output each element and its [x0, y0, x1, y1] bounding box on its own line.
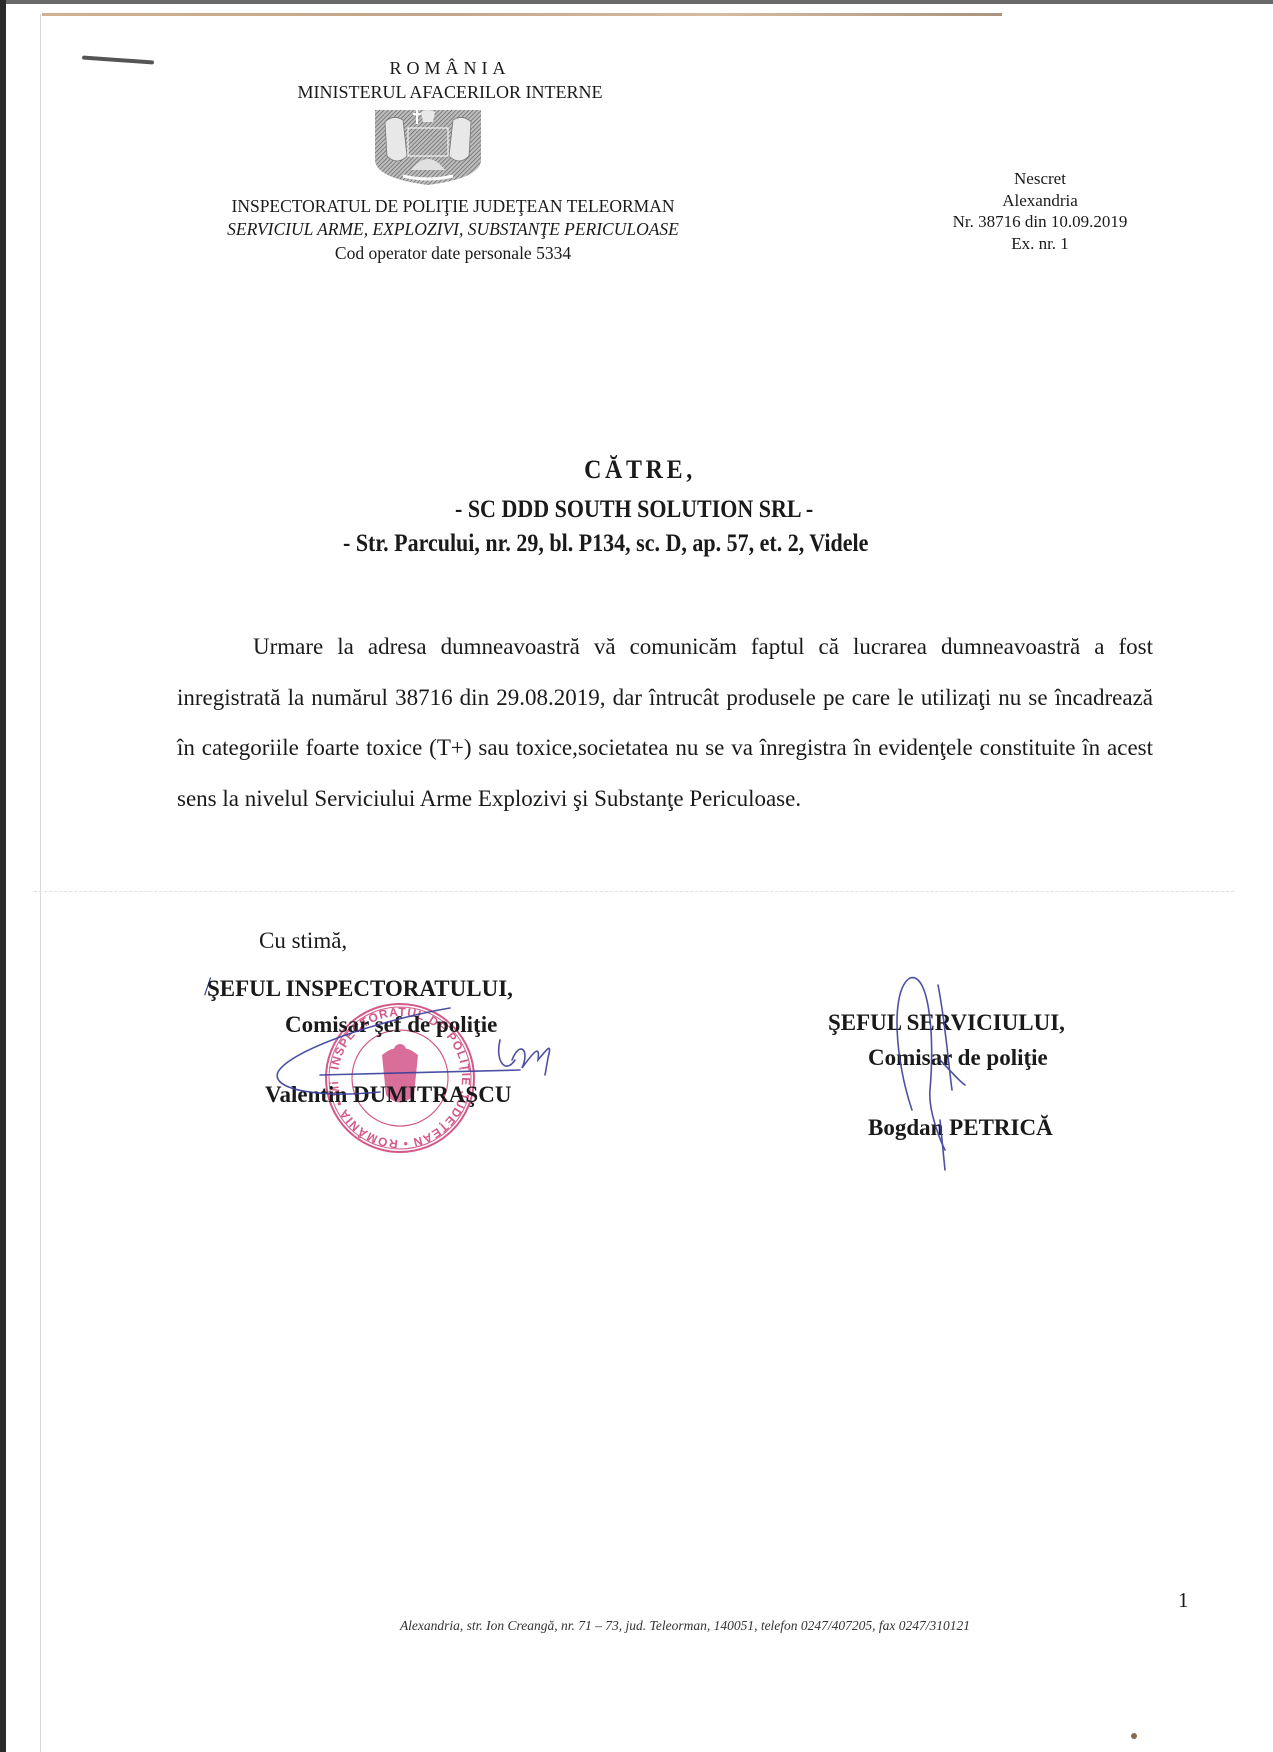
- document-meta: Nescret Alexandria Nr. 38716 din 10.09.2…: [920, 168, 1160, 254]
- page-border: [40, 14, 41, 1752]
- registration-number: Nr. 38716 din 10.09.2019: [920, 211, 1160, 233]
- scan-edge-top: [0, 0, 1273, 4]
- footer-address: Alexandria, str. Ion Creangă, nr. 71 – 7…: [305, 1618, 1065, 1634]
- signatory-1-title: ŞEFUL INSPECTORATULUI,: [207, 976, 513, 1002]
- addressee-company: - SC DDD SOUTH SOLUTION SRL -: [455, 496, 813, 524]
- header-inspectorate: INSPECTORATUL DE POLIŢIE JUDEŢEAN TELEOR…: [170, 196, 736, 217]
- romanian-coat-of-arms-icon: [373, 108, 483, 186]
- scan-speck: [1131, 1733, 1137, 1739]
- fold-line: [34, 891, 1234, 893]
- header-country: ROMÂNIA: [250, 58, 650, 79]
- signatory-1-name: Valentin DUMITRAŞCU: [265, 1082, 511, 1108]
- closing-salutation: Cu stimă,: [259, 928, 347, 954]
- header-ministry: MINISTERUL AFACERILOR INTERNE: [210, 82, 690, 103]
- page-number: 1: [1178, 1588, 1189, 1613]
- signatory-1-rank: Comisar şef de poliţie: [285, 1012, 497, 1038]
- classification: Nescret: [920, 168, 1160, 190]
- signatory-2-title: ŞEFUL SERVICIULUI,: [828, 1010, 1065, 1036]
- issue-city: Alexandria: [920, 190, 1160, 212]
- addressee-salutation: CĂTRE,: [419, 455, 861, 485]
- header-service: SERVICIUL ARME, EXPLOZIVI, SUBSTANŢE PER…: [170, 219, 736, 240]
- scan-edge-left: [0, 0, 6, 1752]
- page-top-edge: [42, 13, 1002, 16]
- pen-mark: [82, 55, 154, 64]
- body-paragraph: Urmare la adresa dumneavoastră vă comuni…: [177, 622, 1153, 824]
- header-operator-code: Cod operator date personale 5334: [170, 243, 736, 264]
- signatory-2-name: Bogdan PETRICĂ: [868, 1115, 1053, 1141]
- addressee-address: - Str. Parcului, nr. 29, bl. P134, sc. D…: [343, 530, 868, 558]
- signatory-2-rank: Comisar de poliţie: [868, 1045, 1048, 1071]
- copy-number: Ex. nr. 1: [920, 233, 1160, 255]
